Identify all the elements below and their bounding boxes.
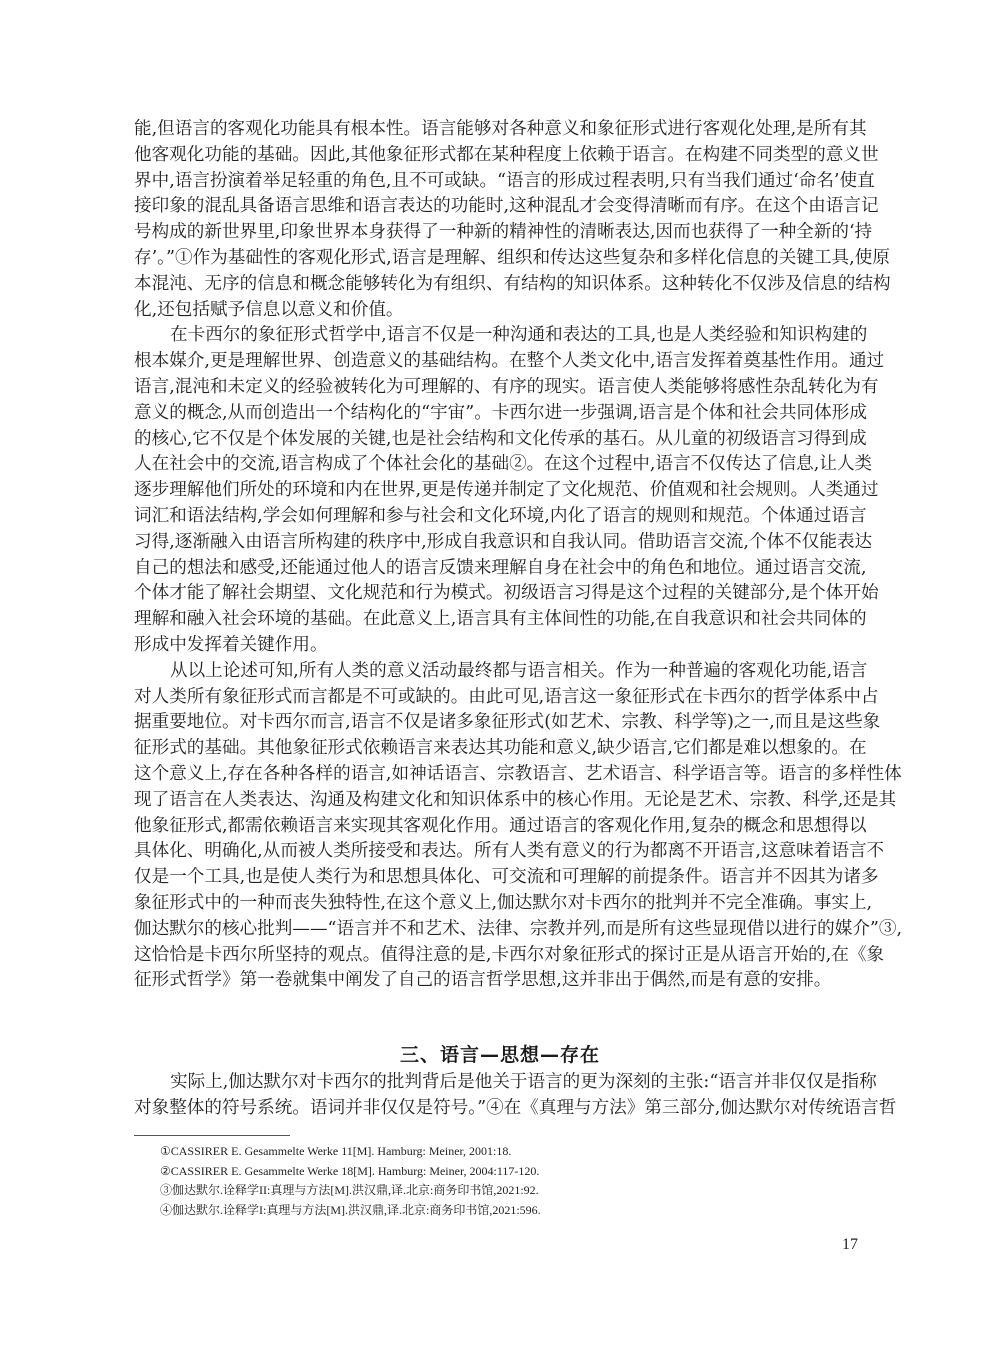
footnote-2: ②CASSIRER E. Gesammelte Werke 18[M]. Ham… xyxy=(160,1162,860,1182)
text-line: 理解和融入社会环境的基础。在此意义上,语言具有主体间性的功能,在自我意识和社会共… xyxy=(134,607,866,633)
body-text-lower: 实际上,伽达默尔对卡西尔的批判背后是他关于语言的更为深刻的主张:“语言并非仅仅是… xyxy=(134,1070,866,1122)
text-line: 存’。”①作为基础性的客观化形式,语言是理解、组织和传达这些复杂和多样化信息的关… xyxy=(134,246,866,272)
text-line: 习得,逐渐融入由语言所构建的秩序中,形成自我意识和自我认同。借助语言交流,个体不… xyxy=(134,530,866,556)
page-number: 17 xyxy=(842,1236,858,1254)
footnote-1: ①CASSIRER E. Gesammelte Werke 11[M]. Ham… xyxy=(160,1142,860,1162)
document-page: 能,但语言的客观化功能具有根本性。语言能够对各种意义和象征形式进行客观化处理,是… xyxy=(0,0,1000,1347)
text-line: 具体化、明确化,从而被人类所接受和表达。所有人类有意义的行为都离不开语言,这意味… xyxy=(134,839,866,865)
text-line: 词汇和语法结构,学会如何理解和参与社会和文化环境,内化了语言的规则和规范。个体通… xyxy=(134,504,866,530)
text-line: 据重要地位。对卡西尔而言,语言不仅是诸多象征形式(如艺术、宗教、科学等)之一,而… xyxy=(134,710,866,736)
body-text-upper: 能,但语言的客观化功能具有根本性。语言能够对各种意义和象征形式进行客观化处理,是… xyxy=(134,117,866,994)
text-line: 从以上论述可知,所有人类的意义活动最终都与语言相关。作为一种普遍的客观化功能,语… xyxy=(134,659,866,685)
text-line: 对象整体的符号系统。语词并非仅仅是符号。”④在《真理与方法》第三部分,伽达默尔对… xyxy=(134,1096,866,1122)
footnote-3: ③伽达默尔.诠释学II:真理与方法[M].洪汉鼎,译.北京:商务印书馆,2021… xyxy=(160,1181,860,1201)
text-line: 语言,混沌和未定义的经验被转化为可理解的、有序的现实。语言使人类能够将感性杂乱转… xyxy=(134,375,866,401)
section-heading: 三、语言—思想—存在 xyxy=(0,1040,1000,1067)
paragraph-3: 从以上论述可知,所有人类的意义活动最终都与语言相关。作为一种普遍的客观化功能,语… xyxy=(134,659,866,994)
text-line: 这恰恰是卡西尔所坚持的观点。值得注意的是,卡西尔对象征形式的探讨正是从语言开始的… xyxy=(134,943,866,969)
text-line: 界中,语言扮演着举足轻重的角色,且不可或缺。“语言的形成过程表明,只有当我们通过… xyxy=(134,169,866,195)
text-line: 仅是一个工具,也是使人类行为和思想具体化、可交流和可理解的前提条件。语言并不因其… xyxy=(134,865,866,891)
text-line: 本混沌、无序的信息和概念能够转化为有组织、有结构的知识体系。这种转化不仅涉及信息… xyxy=(134,272,866,298)
text-line: 这个意义上,存在各种各样的语言,如神话语言、宗教语言、艺术语言、科学语言等。语言… xyxy=(134,762,866,788)
text-line: 号构成的新世界里,印象世界本身获得了一种新的精神性的清晰表达,因而也获得了一种全… xyxy=(134,220,866,246)
text-line: 实际上,伽达默尔对卡西尔的批判背后是他关于语言的更为深刻的主张:“语言并非仅仅是… xyxy=(134,1070,866,1096)
text-line: 的核心,它不仅是个体发展的关键,也是社会结构和文化传承的基石。从儿童的初级语言习… xyxy=(134,427,866,453)
footnotes: ①CASSIRER E. Gesammelte Werke 11[M]. Ham… xyxy=(160,1142,860,1220)
paragraph-1: 能,但语言的客观化功能具有根本性。语言能够对各种意义和象征形式进行客观化处理,是… xyxy=(134,117,866,323)
text-line: 象征形式中的一种而丧失独特性,在这个意义上,伽达默尔对卡西尔的批判并不完全准确。… xyxy=(134,891,866,917)
text-line: 人在社会中的交流,语言构成了个体社会化的基础②。在这个过程中,语言不仅传达了信息… xyxy=(134,452,866,478)
text-line: 对人类所有象征形式而言都是不可或缺的。由此可见,语言这一象征形式在卡西尔的哲学体… xyxy=(134,685,866,711)
text-line: 他象征形式,都需依赖语言来实现其客观化作用。通过语言的客观化作用,复杂的概念和思… xyxy=(134,814,866,840)
footnote-4: ④伽达默尔.诠释学I:真理与方法[M].洪汉鼎,译.北京:商务印书馆,2021:… xyxy=(160,1201,860,1221)
text-line: 在卡西尔的象征形式哲学中,语言不仅是一种沟通和表达的工具,也是人类经验和知识构建… xyxy=(134,323,866,349)
text-line: 个体才能了解社会期望、文化规范和行为模式。初级语言习得是这个过程的关键部分,是个… xyxy=(134,581,866,607)
text-line: 他客观化功能的基础。因此,其他象征形式都在某种程度上依赖于语言。在构建不同类型的… xyxy=(134,143,866,169)
text-line: 形成中发挥着关键作用。 xyxy=(134,633,866,659)
text-line: 意义的概念,从而创造出一个结构化的“宇宙”。卡西尔进一步强调,语言是个体和社会共… xyxy=(134,401,866,427)
text-line: 能,但语言的客观化功能具有根本性。语言能够对各种意义和象征形式进行客观化处理,是… xyxy=(134,117,866,143)
text-line: 根本媒介,更是理解世界、创造意义的基础结构。在整个人类文化中,语言发挥着奠基性作… xyxy=(134,349,866,375)
text-line: 逐步理解他们所处的环境和内在世界,更是传递并制定了文化规范、价值观和社会规则。人… xyxy=(134,478,866,504)
text-line: 现了语言在人类表达、沟通及构建文化和知识体系中的核心作用。无论是艺术、宗教、科学… xyxy=(134,788,866,814)
paragraph-2: 在卡西尔的象征形式哲学中,语言不仅是一种沟通和表达的工具,也是人类经验和知识构建… xyxy=(134,323,866,658)
text-line: 接印象的混乱具备语言思维和语言表达的功能时,这种混乱才会变得清晰而有序。在这个由… xyxy=(134,194,866,220)
text-line: 伽达默尔的核心批判——“语言并不和艺术、法律、宗教并列,而是所有这些显现借以进行… xyxy=(134,917,866,943)
footnote-divider xyxy=(134,1135,290,1136)
text-line: 征形式哲学》第一卷就集中阐发了自己的语言哲学思想,这并非出于偶然,而是有意的安排… xyxy=(134,968,866,994)
text-line: 自己的想法和感受,还能通过他人的语言反馈来理解自身在社会中的角色和地位。通过语言… xyxy=(134,556,866,582)
text-line: 征形式的基础。其他象征形式依赖语言来表达其功能和意义,缺少语言,它们都是难以想象… xyxy=(134,736,866,762)
paragraph-4: 实际上,伽达默尔对卡西尔的批判背后是他关于语言的更为深刻的主张:“语言并非仅仅是… xyxy=(134,1070,866,1122)
text-line: 化,还包括赋予信息以意义和价值。 xyxy=(134,298,866,324)
